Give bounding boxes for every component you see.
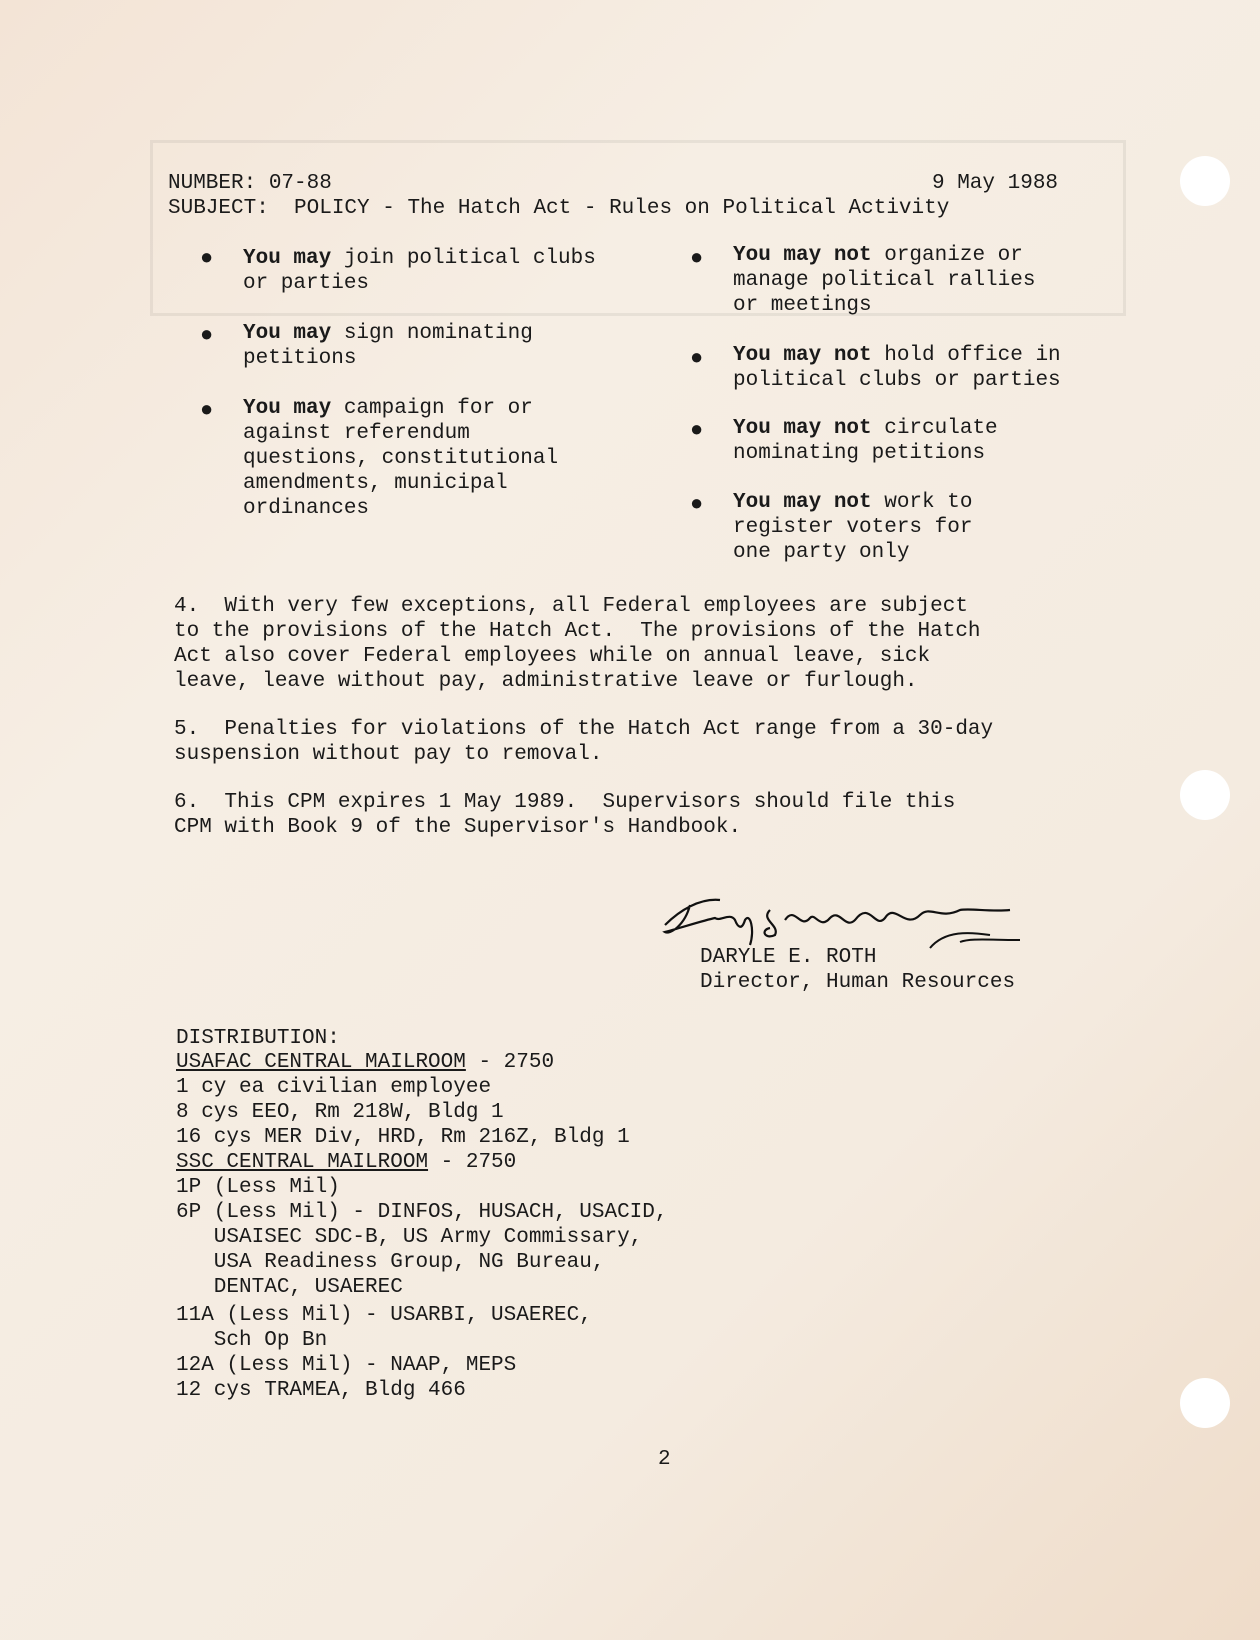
paragraph-5: 5. Penalties for violations of the Hatch… bbox=[174, 717, 993, 767]
document-page: NUMBER: 07-88 9 May 1988 SUBJECT: POLICY… bbox=[0, 0, 1260, 1640]
rule-right-4: You may not work to register voters for … bbox=[733, 490, 972, 565]
bullet-icon: ● bbox=[690, 492, 703, 517]
rule-left-3: You may campaign for or against referend… bbox=[243, 396, 558, 521]
signer-title: Director, Human Resources bbox=[700, 970, 1015, 995]
bullet-icon: ● bbox=[200, 246, 213, 271]
distribution-line: 6P (Less Mil) - DINFOS, HUSACH, USACID, … bbox=[176, 1200, 667, 1300]
signature-icon bbox=[660, 890, 1020, 950]
punch-hole bbox=[1180, 770, 1230, 820]
paragraph-4: 4. With very few exceptions, all Federal… bbox=[174, 594, 981, 694]
bullet-icon: ● bbox=[690, 418, 703, 443]
memo-subject: SUBJECT: POLICY - The Hatch Act - Rules … bbox=[168, 196, 949, 221]
distribution-line: 16 cys MER Div, HRD, Rm 216Z, Bldg 1 bbox=[176, 1125, 630, 1150]
paragraph-6: 6. This CPM expires 1 May 1989. Supervis… bbox=[174, 790, 955, 840]
distribution-line: 1P (Less Mil) bbox=[176, 1175, 340, 1200]
bullet-icon: ● bbox=[690, 346, 703, 371]
distribution-line: 12A (Less Mil) - NAAP, MEPS bbox=[176, 1353, 516, 1378]
punch-hole bbox=[1180, 156, 1230, 206]
page-number: 2 bbox=[658, 1447, 671, 1472]
rule-right-1: You may not organize or manage political… bbox=[733, 243, 1035, 318]
distribution-heading: DISTRIBUTION: bbox=[176, 1026, 340, 1051]
rule-right-2: You may not hold office in political clu… bbox=[733, 343, 1061, 393]
distribution-line: 8 cys EEO, Rm 218W, Bldg 1 bbox=[176, 1100, 504, 1125]
distribution-group-2: SSC CENTRAL MAILROOM - 2750 bbox=[176, 1150, 516, 1175]
distribution-line: 1 cy ea civilian employee bbox=[176, 1075, 491, 1100]
punch-hole bbox=[1180, 1378, 1230, 1428]
bullet-icon: ● bbox=[690, 246, 703, 271]
bullet-icon: ● bbox=[200, 398, 213, 423]
signer-name: DARYLE E. ROTH bbox=[700, 945, 876, 970]
memo-date: 9 May 1988 bbox=[932, 171, 1058, 196]
distribution-line: 11A (Less Mil) - USARBI, USAEREC, Sch Op… bbox=[176, 1303, 592, 1353]
memo-number: NUMBER: 07-88 bbox=[168, 171, 332, 196]
rule-left-1: You may join political clubs or parties bbox=[243, 246, 596, 296]
rule-left-2: You may sign nominating petitions bbox=[243, 321, 533, 371]
distribution-group-1: USAFAC CENTRAL MAILROOM - 2750 bbox=[176, 1050, 554, 1075]
distribution-line: 12 cys TRAMEA, Bldg 466 bbox=[176, 1378, 466, 1403]
rule-right-3: You may not circulate nominating petitio… bbox=[733, 416, 998, 466]
bullet-icon: ● bbox=[200, 323, 213, 348]
